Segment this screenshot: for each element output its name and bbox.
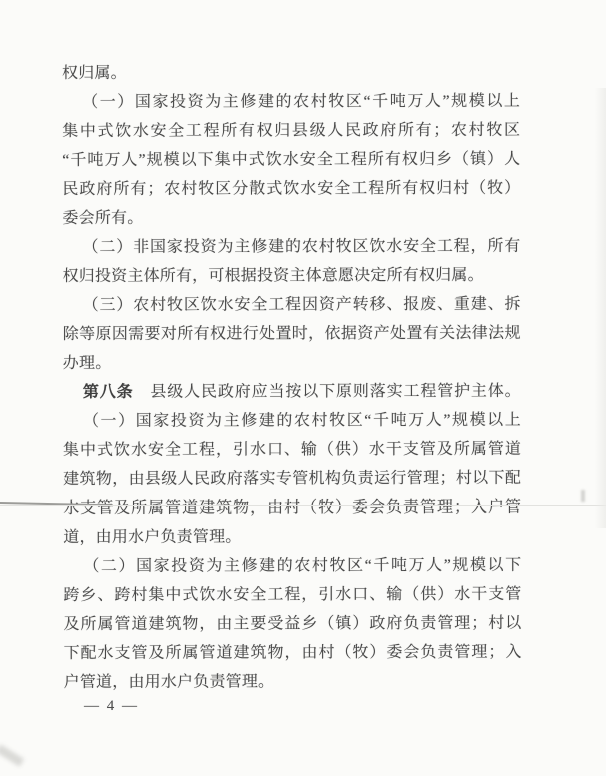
text-line: （二）非国家投资为主修建的农村牧区饮水安全工程，所有 [62, 232, 520, 262]
text-line: 户管道，由用水户负责管理。 [64, 667, 522, 697]
scan-artifact-right-streak [595, 88, 606, 528]
text-line: （一）国家投资为主修建的农村牧区“千吨万人”规模以上 [63, 406, 521, 436]
text-line: （三）农村牧区饮水安全工程因资产转移、报废、重建、拆 [63, 290, 521, 320]
text-line: 道，由用水户负责管理。 [63, 522, 521, 552]
text-line: 办理。 [63, 348, 521, 378]
document-scan-page: 权归属。 （一）国家投资为主修建的农村牧区“千吨万人”规模以上 集中式饮水安全工… [0, 0, 606, 776]
text-line: 及所属管道建筑物，由主要受益乡（镇）政府负责管理；村以 [63, 609, 521, 639]
scan-artifact-bottom-smudge [0, 744, 24, 766]
article-text: 县级人民政府应当按以下原则落实工程管护主体。 [133, 383, 520, 401]
text-line: 集中式饮水安全工程，引水口、输（供）水干支管及所属管道 [63, 435, 521, 465]
text-line: （二）国家投资为主修建的农村牧区“千吨万人”规模以下 [63, 551, 521, 581]
page-number: — 4 — [84, 698, 139, 715]
text-line: 委会所有。 [62, 203, 520, 233]
article-number-label: 第八条 [83, 384, 134, 401]
text-line: 下配水支管及所属管道建筑物，由村（牧）委会负责管理；入 [64, 638, 522, 668]
text-line: 权归属。 [62, 58, 520, 88]
text-line: 跨乡、跨村集中式饮水安全工程，引水口、输（供）水干支管 [63, 580, 521, 610]
scan-artifact-line-faint [0, 505, 606, 506]
text-line: 权归投资主体所有，可根据投资主体意愿决定所有权归属。 [63, 261, 521, 291]
text-line: （一）国家投资为主修建的农村牧区“千吨万人”规模以上 [62, 87, 520, 117]
text-line: 集中式饮水安全工程所有权归县级人民政府所有；农村牧区 [62, 116, 520, 146]
text-line: “千吨万人”规模以下集中式饮水安全工程所有权归乡（镇）人 [62, 145, 520, 175]
text-line: 水支管及所属管道建筑物，由村（牧）委会负责管理；入户管 [63, 493, 521, 523]
text-line: 除等原因需要对所有权进行处置时，依据资产处置有关法律法规 [63, 319, 521, 349]
document-text-block: 权归属。 （一）国家投资为主修建的农村牧区“千吨万人”规模以上 集中式饮水安全工… [62, 58, 522, 697]
text-line: 建筑物，由县级人民政府落实专管机构负责运行管理；村以下配 [63, 464, 521, 494]
article-8-heading-line: 第八条 县级人民政府应当按以下原则落实工程管护主体。 [63, 377, 521, 407]
scan-artifact-right-tick [581, 490, 585, 502]
text-line: 民政府所有；农村牧区分散式饮水安全工程所有权归村（牧） [62, 174, 520, 204]
